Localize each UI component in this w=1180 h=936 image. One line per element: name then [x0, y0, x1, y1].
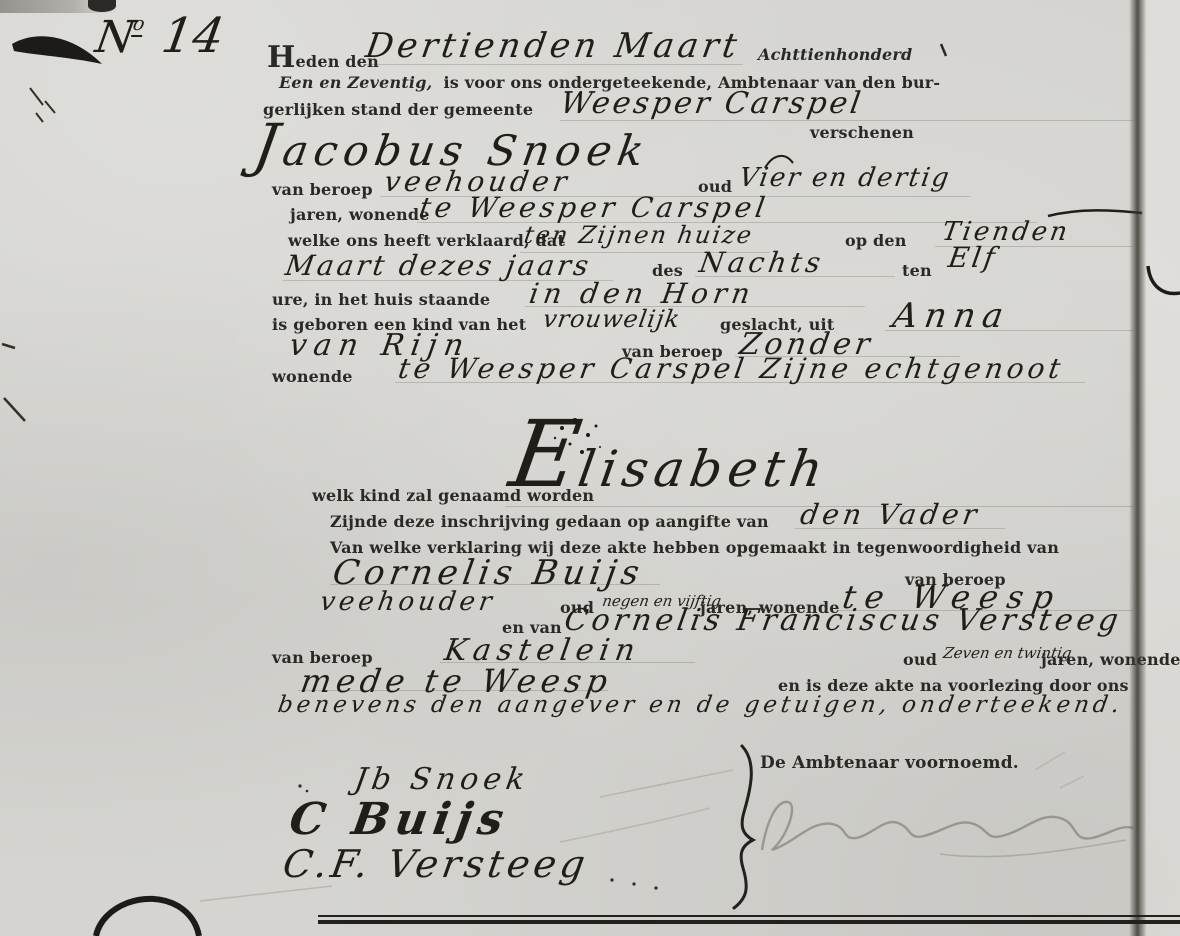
age-flourish	[765, 156, 793, 168]
binding-fold-line	[1129, 0, 1146, 936]
scanned-birth-record: No14 Heden den Dertienden Maart Achttien…	[0, 0, 1180, 936]
fill-line-dash	[1048, 210, 1142, 216]
official-signature	[762, 752, 1133, 857]
pencil-scratches	[200, 770, 733, 901]
ink-decorations	[0, 0, 1180, 936]
number-flourish	[12, 36, 102, 64]
next-entry-flourish	[96, 899, 199, 936]
record-divider-bottom	[318, 920, 1180, 924]
margin-marks	[2, 88, 55, 421]
pen-rest-dots	[298, 784, 657, 889]
stray-ink-mark	[941, 44, 946, 56]
ink-spatter	[554, 418, 601, 454]
signature-brace	[734, 746, 753, 908]
overflow-stroke	[1148, 266, 1180, 294]
record-divider-top	[318, 915, 1180, 917]
